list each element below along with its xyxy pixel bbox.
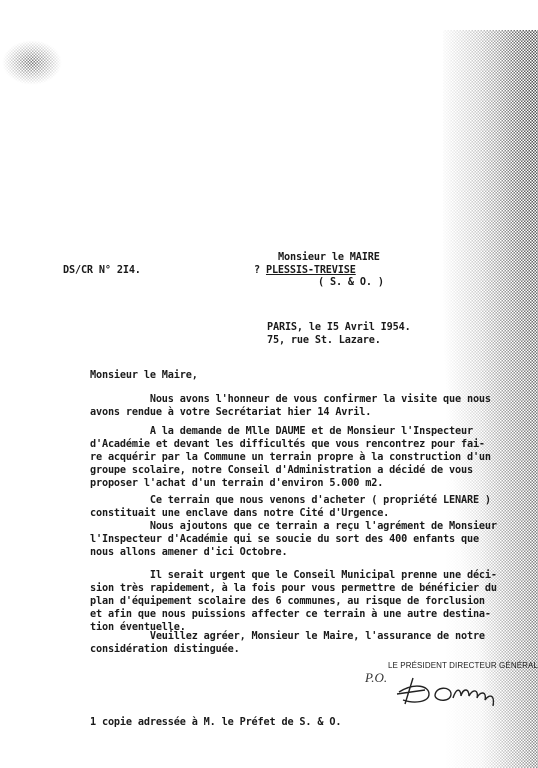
paragraph-1: Nous avons l'honneur de vous confirmer l…	[90, 393, 491, 419]
paragraph-2: A la demande de Mlle DAUME et de Monsieu…	[90, 425, 491, 490]
paragraph-3: Ce terrain que nous venons d'acheter ( p…	[90, 494, 491, 520]
copy-note: 1 copie adressée à M. le Préfet de S. & …	[90, 716, 341, 729]
sender-address: 75, rue St. Lazare.	[267, 334, 381, 347]
salutation: Monsieur le Maire,	[90, 369, 198, 382]
per-order-mark: P.O.	[365, 670, 387, 686]
recipient-line-1: Monsieur le MAIRE	[278, 251, 380, 264]
signatory-title: LE PRÉSIDENT DIRECTEUR GÉNÉRAL	[388, 661, 538, 670]
handwritten-signature	[395, 672, 505, 708]
scan-noise	[2, 40, 62, 85]
closing-paragraph: Veuillez agréer, Monsieur le Maire, l'as…	[90, 630, 485, 656]
recipient-prefix: ?	[254, 265, 266, 276]
recipient-town: PLESSIS-TREVISE	[266, 265, 356, 276]
paragraph-5: Il serait urgent que le Conseil Municipa…	[90, 569, 497, 634]
letter-page: DS/CR N° 2I4. Monsieur le MAIRE ? PLESSI…	[0, 0, 538, 768]
paragraph-4: Nous ajoutons que ce terrain a reçu l'ag…	[90, 520, 497, 559]
date-line: PARIS, le I5 Avril I954.	[267, 321, 411, 334]
reference-number: DS/CR N° 2I4.	[63, 264, 141, 277]
recipient-line-3: ( S. & O. )	[318, 276, 384, 289]
